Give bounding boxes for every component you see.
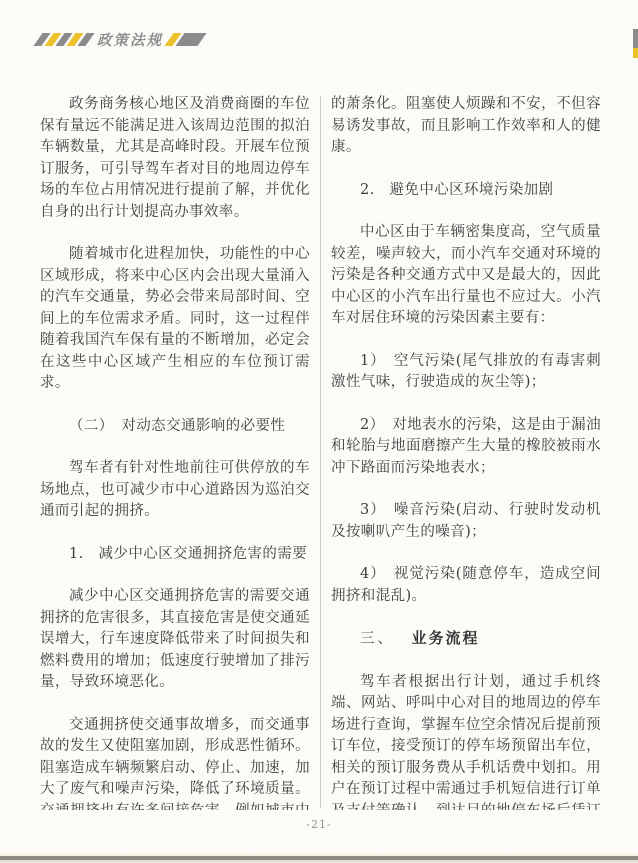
column-divider xyxy=(320,96,321,808)
heading: 1. 减少中心区交通拥挤危害的需要 xyxy=(40,544,310,566)
paragraph: 减少中心区交通拥挤危害的需要交通拥挤的危害很多，其直接危害是使交通延误增大，行车… xyxy=(40,586,310,694)
header-stripes-right xyxy=(169,33,205,46)
paragraph: 1） 空气污染(尾气排放的有毒害刺激性气味，行驶造成的灰尘等)； xyxy=(331,351,601,394)
paragraph: 2） 对地表水的污染，这是由于漏油和轮胎与地面磨擦产生大量的橡胶被雨水冲下路面而… xyxy=(331,415,601,480)
heading-number: 三、 xyxy=(360,631,395,647)
edge-tab-yellow-segment xyxy=(633,48,638,58)
heading-title: 业务流程 xyxy=(412,629,480,647)
two-column-body: 政务商务核心地区及消费商圈的车位保有量远不能满足进入该周边范围的拟泊车辆数量，尤… xyxy=(40,94,601,810)
heading: （二） 对动态交通影响的必要性 xyxy=(40,416,310,438)
heading: 2. 避免中心区环境污染加剧 xyxy=(331,180,601,202)
header-stripes-left xyxy=(38,33,93,46)
paragraph: 交通拥挤使交通事故增多，而交通事故的发生又使阻塞加剧，形成恶性循环。阻塞造成车辆… xyxy=(40,715,310,811)
paragraph: 驾车者根据出行计划，通过手机终端、网站、呼叫中心对目的地周边的停车场进行查询，掌… xyxy=(331,672,601,811)
paragraph: 的萧条化。阻塞使人烦躁和不安，不但容易诱发事故，而且影响工作效率和人的健康。 xyxy=(331,94,601,159)
page-number: -21- xyxy=(0,818,638,831)
paragraph: 驾车者有针对性地前往可供停放的车场地点，也可减少市中心道路因为巡泊交通而引起的拥… xyxy=(40,458,310,523)
paragraph: 3） 噪音污染(启动、行驶时发动机及按喇叭产生的噪音)； xyxy=(331,500,601,543)
section-header: 政策法规 xyxy=(38,31,205,47)
paragraph: 4） 视觉污染(随意停车，造成空间拥挤和混乱)。 xyxy=(331,564,601,607)
paragraph: 中心区由于车辆密集度高，空气质量较差，噪声较大，而小汽车交通对环境的污染是各种交… xyxy=(331,222,601,330)
heading: 三、业务流程 xyxy=(331,628,601,651)
section-title: 政策法规 xyxy=(97,29,163,50)
column-left: 政务商务核心地区及消费商圈的车位保有量远不能满足进入该周边范围的拟泊车辆数量，尤… xyxy=(40,94,310,810)
page-edge-tab-icon xyxy=(633,29,638,58)
page-bottom-edge xyxy=(0,853,638,863)
edge-tab-gray-segment xyxy=(633,29,638,48)
paragraph: 政务商务核心地区及消费商圈的车位保有量远不能满足进入该周边范围的拟泊车辆数量，尤… xyxy=(40,94,310,223)
column-right: 的萧条化。阻塞使人烦躁和不安，不但容易诱发事故，而且影响工作效率和人的健康。2.… xyxy=(331,94,601,810)
paragraph: 随着城市化进程加快，功能性的中心区域形成，将来中心区内会出现大量涌入的汽车交通量… xyxy=(40,244,310,395)
document-page: 政策法规 政务商务核心地区及消费商圈的车位保有量远不能满足进入该周边范围的拟泊车… xyxy=(0,0,638,863)
